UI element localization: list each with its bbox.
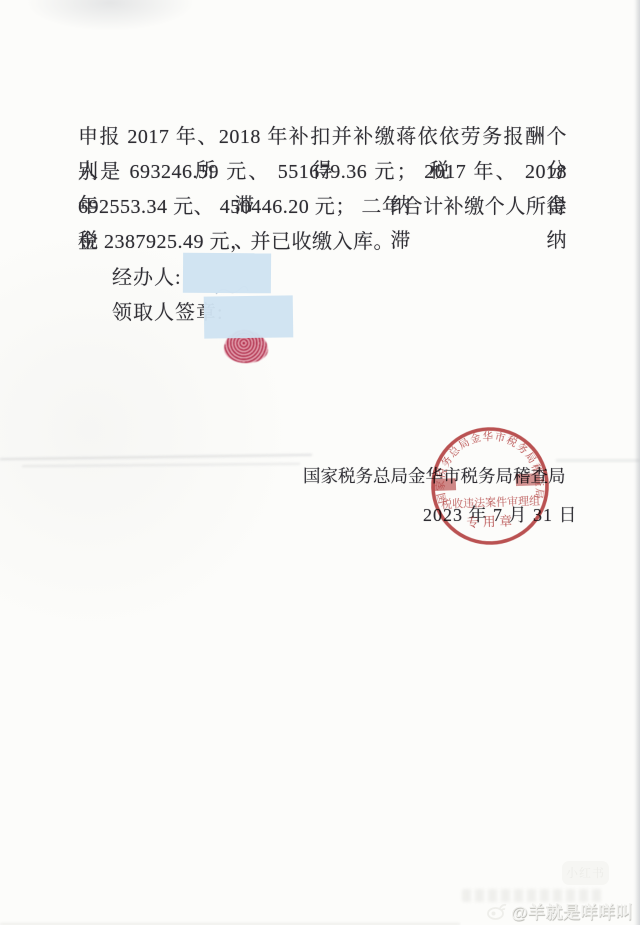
xiaohongshu-badge: 小红书 <box>562 861 609 885</box>
weibo-handle-text: @羊就是咩咩叫 <box>511 898 633 923</box>
seal-arc-text: 国家税务总局金华市税务局稽查局 <box>432 428 547 505</box>
body-line-4: 金 2387925.49 元，并已收缴入库。 <box>78 225 567 259</box>
fold-crease-left-2 <box>22 463 300 467</box>
official-seal: 国家税务总局金华市税务局稽查局 税收违法案件审理组 专用章 <box>426 422 554 550</box>
redaction-box-handler <box>183 253 271 294</box>
fold-crease-right <box>556 459 640 462</box>
redaction-box-recipient <box>204 295 294 338</box>
seal-code-block-left <box>434 478 456 491</box>
document-photo: 申报 2017 年、2018 年补扣并补缴蒋依依劳务报酬个人所得税分 别是 69… <box>0 0 640 925</box>
weibo-watermark: @羊就是咩咩叫 <box>486 898 633 923</box>
handler-label: 经办人: <box>112 261 182 290</box>
seal-code-block-right <box>516 473 540 486</box>
fold-crease-left <box>0 454 312 460</box>
weibo-logo-icon <box>486 901 508 921</box>
seal-bottom-line: 专用章 <box>466 513 516 530</box>
seal-center-line: 税收违法案件审理组 <box>441 493 540 510</box>
paper-edge-right <box>635 0 640 925</box>
